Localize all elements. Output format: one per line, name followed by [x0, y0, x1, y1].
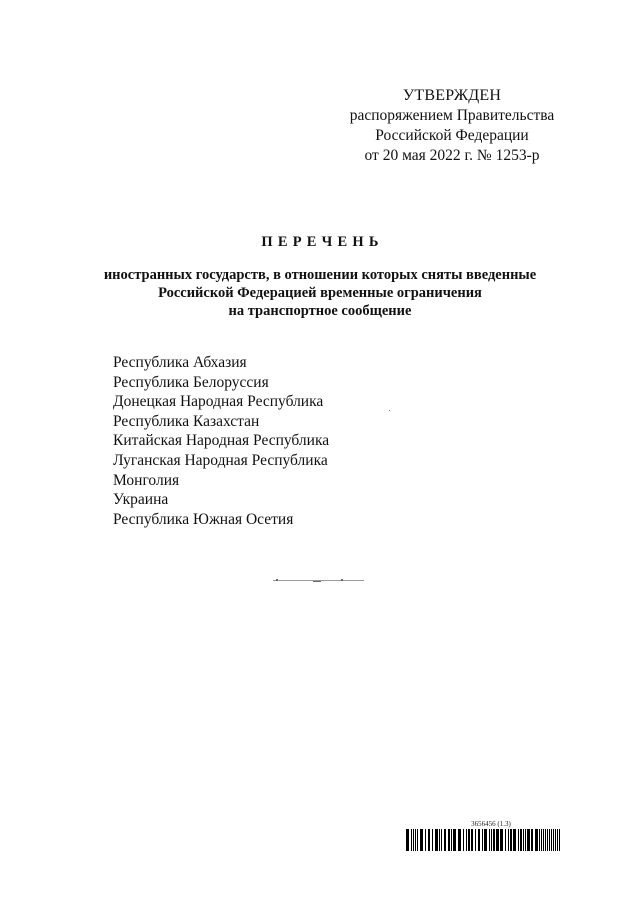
- approval-issuer: распоряжением Правительства: [340, 106, 564, 126]
- country-item: Донецкая Народная Республика: [113, 392, 329, 412]
- document-title-block: ПЕРЕЧЕНЬ иностранных государств, в отнош…: [40, 232, 600, 320]
- barcode-label: 3656456 (1.3): [406, 820, 562, 829]
- approval-block: УТВЕРЖДЕН распоряжением Правительства Ро…: [340, 86, 564, 166]
- country-item: Республика Казахстан: [113, 412, 329, 432]
- country-item: Республика Абхазия: [113, 353, 329, 373]
- document-barcode: 3656456 (1.3): [406, 820, 562, 851]
- scan-speck: [389, 410, 390, 411]
- approval-authority: Российской Федерации: [340, 126, 564, 146]
- country-item: Республика Южная Осетия: [113, 510, 329, 530]
- document-subtitle-line: на транспортное сообщение: [40, 302, 600, 320]
- country-item: Луганская Народная Республика: [113, 451, 329, 471]
- country-item: Монголия: [113, 471, 329, 491]
- separator-mark: [341, 579, 343, 581]
- document-subtitle-line: иностранных государств, в отношении кото…: [40, 266, 600, 284]
- country-item: Украина: [113, 490, 329, 510]
- country-list: Республика Абхазия Республика Белоруссия…: [113, 353, 329, 529]
- end-separator-line: [273, 580, 364, 581]
- document-heading: ПЕРЕЧЕНЬ: [40, 232, 600, 252]
- document-subtitle-line: Российской Федерацией временные ограниче…: [40, 284, 600, 302]
- country-item: Китайская Народная Республика: [113, 431, 329, 451]
- separator-mark: [276, 579, 278, 581]
- separator-mark: [313, 581, 321, 582]
- approval-date-number: от 20 мая 2022 г. № 1253-р: [340, 146, 564, 166]
- approval-stamp: УТВЕРЖДЕН: [340, 86, 564, 106]
- country-item: Республика Белоруссия: [113, 373, 329, 393]
- barcode-icon: [406, 829, 562, 851]
